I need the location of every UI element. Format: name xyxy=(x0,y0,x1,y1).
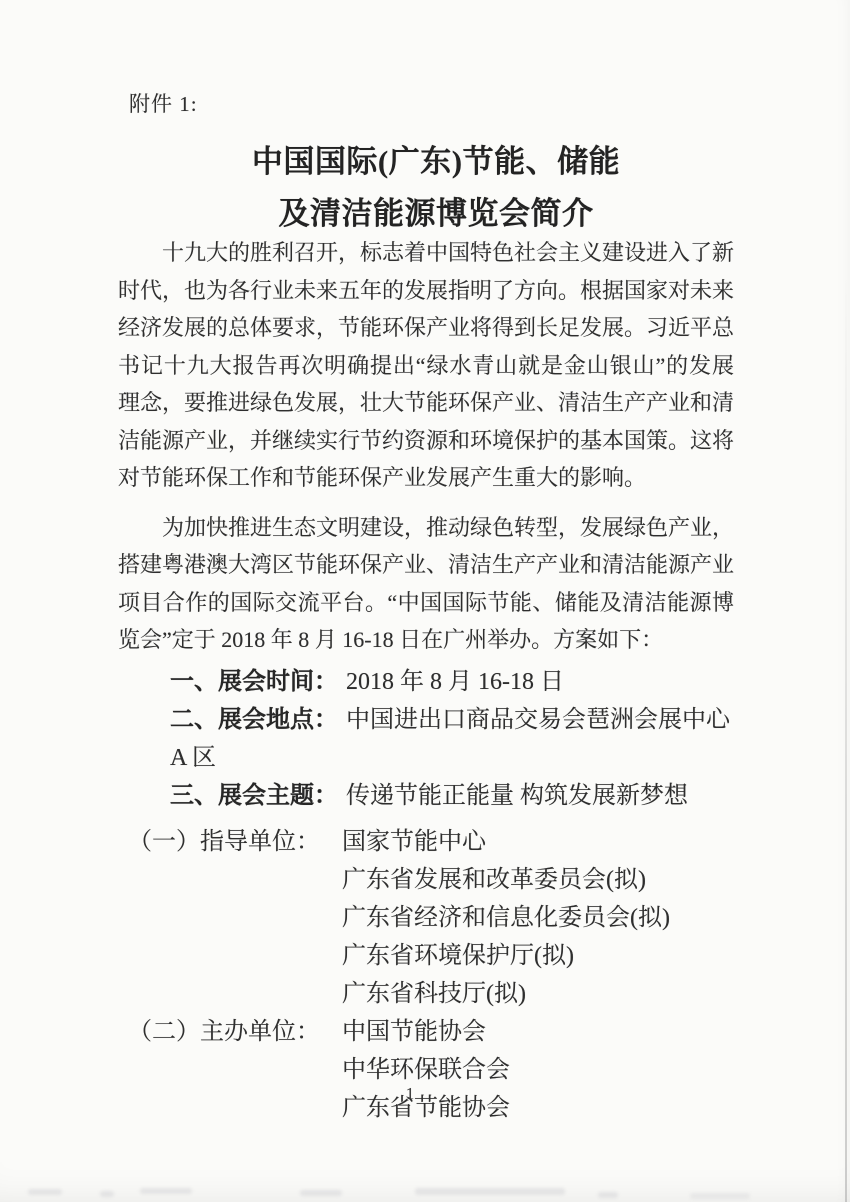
section-row: 广东省发展和改革委员会(拟) xyxy=(118,861,734,899)
paragraph-line: 项目合作的国际交流平台。“中国国际节能、储能及清洁能源博 xyxy=(118,584,734,622)
paragraph-line: 经济发展的总体要求，节能环保产业将得到长足发展。习近平总 xyxy=(118,309,734,347)
section-row: 广东省科技厅(拟) xyxy=(118,975,734,1013)
paragraph-line: 为加快推进生态文明建设，推动绿色转型，发展绿色产业， xyxy=(118,509,734,547)
scan-edge-line xyxy=(845,270,847,1202)
scan-smudge xyxy=(598,1192,618,1198)
scan-smudge xyxy=(300,1190,342,1196)
numbered-items: 一、展会时间：2018 年 8 月 16-18 日 二、展会地点：中国进出口商品… xyxy=(118,663,734,815)
section-label: （二）主办单位： xyxy=(128,1013,342,1051)
item-label: 三、展会主题： xyxy=(170,783,338,809)
section-row: 中华环保联合会 xyxy=(118,1051,734,1089)
section-guidance-units: （一）指导单位： 国家节能中心 xyxy=(118,823,734,861)
attachment-label: 附件 1: xyxy=(129,90,198,118)
section-row: 广东省环境保护厅(拟) xyxy=(118,937,734,975)
organization-name: 中华环保联合会 xyxy=(342,1051,734,1089)
section-label-spacer xyxy=(128,899,342,937)
page-number: 1 xyxy=(0,1084,835,1104)
organization-name: 广东省经济和信息化委员会(拟) xyxy=(342,899,734,937)
paragraph-line: 搭建粤港澳大湾区节能环保产业、清洁生产产业和清洁能源产业 xyxy=(118,546,734,584)
organization-name: 国家节能中心 xyxy=(342,823,734,861)
section-label: （一）指导单位： xyxy=(128,823,342,861)
paragraph-line: 十九大的胜利召开，标志着中国特色社会主义建设进入了新 xyxy=(118,234,734,272)
organization-name: 广东省环境保护厅(拟) xyxy=(342,937,734,975)
item-exhibition-theme: 三、展会主题：传递节能正能量 构筑发展新梦想 xyxy=(118,777,734,815)
item-value: 传递节能正能量 构筑发展新梦想 xyxy=(346,783,688,809)
paragraph-line: 洁能源产业，并继续实行节约资源和环境保护的基本国策。这将 xyxy=(118,422,734,460)
document-title-line1: 中国国际(广东)节能、储能 xyxy=(11,136,850,188)
section-label-spacer xyxy=(128,861,342,899)
item-exhibition-time: 一、展会时间：2018 年 8 月 16-18 日 xyxy=(118,663,734,701)
document-title-line2: 及清洁能源博览会简介 xyxy=(11,188,850,240)
scan-smudge xyxy=(100,1191,114,1197)
section-label-spacer xyxy=(128,975,342,1013)
organization-name: 广东省科技厅(拟) xyxy=(342,975,734,1013)
paragraph-2: 为加快推进生态文明建设，推动绿色转型，发展绿色产业， 搭建粤港澳大湾区节能环保产… xyxy=(118,509,734,659)
paragraph-1: 十九大的胜利召开，标志着中国特色社会主义建设进入了新 时代，也为各行业未来五年的… xyxy=(118,234,734,497)
organization-name: 中国节能协会 xyxy=(342,1013,734,1051)
paragraph-line: 览会”定于 2018 年 8 月 16-18 日在广州举办。方案如下： xyxy=(118,621,734,659)
organization-name: 广东省发展和改革委员会(拟) xyxy=(342,861,734,899)
paragraph-line: 对节能环保工作和节能环保产业发展产生重大的影响。 xyxy=(118,459,734,497)
document-title: 中国国际(广东)节能、储能 及清洁能源博览会简介 xyxy=(11,136,850,240)
item-label: 一、展会时间： xyxy=(170,669,338,695)
scan-smudge xyxy=(415,1188,565,1195)
paragraph-line: 时代，也为各行业未来五年的发展指明了方向。根据国家对未来 xyxy=(118,272,734,310)
organization-sections: （一）指导单位： 国家节能中心 广东省发展和改革委员会(拟) 广东省经济和信息化… xyxy=(118,823,734,1127)
paragraph-line: 书记十九大报告再次明确提出“绿水青山就是金山银山”的发展 xyxy=(118,347,734,385)
document-body: 十九大的胜利召开，标志着中国特色社会主义建设进入了新 时代，也为各行业未来五年的… xyxy=(118,234,734,1127)
scan-smudge xyxy=(140,1188,192,1194)
item-label: 二、展会地点： xyxy=(170,707,338,733)
section-label-spacer xyxy=(128,1051,342,1089)
section-label-spacer xyxy=(128,937,342,975)
scan-smudge xyxy=(690,1193,750,1199)
scan-smudge xyxy=(28,1189,62,1195)
item-value: 2018 年 8 月 16-18 日 xyxy=(346,669,564,695)
section-host-units: （二）主办单位： 中国节能协会 xyxy=(118,1013,734,1051)
paragraph-line: 理念，要推进绿色发展，壮大节能环保产业、清洁生产产业和清 xyxy=(118,384,734,422)
item-exhibition-venue: 二、展会地点：中国进出口商品交易会琶洲会展中心 A 区 xyxy=(118,701,734,777)
section-row: 广东省经济和信息化委员会(拟) xyxy=(118,899,734,937)
scanned-document-page: 附件 1: 中国国际(广东)节能、储能 及清洁能源博览会简介 十九大的胜利召开，… xyxy=(0,0,850,1202)
